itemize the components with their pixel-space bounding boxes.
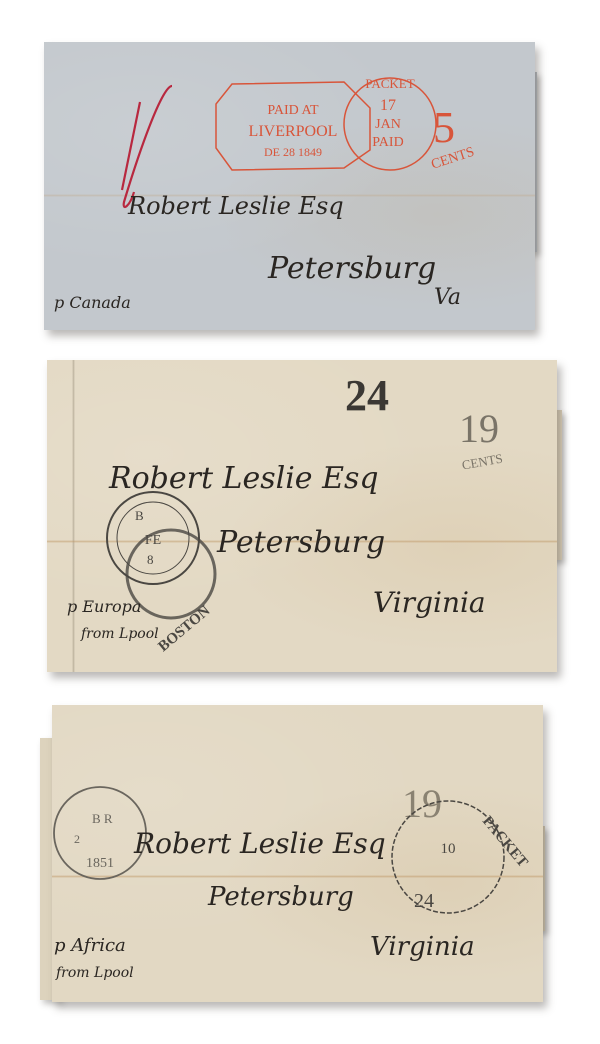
cover-1-markings: PAID AT LIVERPOOL DE 28 1849 PACKET 17 J… — [44, 42, 535, 330]
svg-text:Robert Leslie Esq: Robert Leslie Esq — [127, 192, 344, 220]
svg-text:2: 2 — [74, 832, 80, 846]
cover-2-markings: 24 19 CENTS B FE 8 BOSTON Robert Leslie … — [47, 360, 557, 672]
svg-text:PAID: PAID — [372, 135, 403, 150]
svg-text:Petersburg: Petersburg — [207, 882, 354, 912]
manuscript-rate-mark — [122, 86, 172, 207]
svg-text:19: 19 — [459, 406, 499, 451]
svg-text:8: 8 — [147, 552, 154, 567]
svg-text:Petersburg: Petersburg — [216, 525, 385, 560]
svg-text:B: B — [135, 508, 144, 523]
svg-text:17: 17 — [380, 97, 396, 114]
svg-text:p Africa: p Africa — [54, 935, 126, 956]
svg-text:JAN: JAN — [375, 117, 401, 132]
svg-text:24: 24 — [345, 371, 389, 420]
svg-text:DE 28 1849: DE 28 1849 — [264, 145, 322, 159]
svg-text:PACKET: PACKET — [479, 813, 531, 870]
svg-text:5: 5 — [433, 103, 455, 152]
svg-text:Virginia: Virginia — [373, 586, 486, 619]
svg-text:Va: Va — [434, 285, 461, 310]
cover-3-markings: B R 2 1851 19 PACKET 10 24 Robert Leslie… — [52, 705, 543, 1002]
svg-text:10: 10 — [441, 841, 456, 857]
svg-text:p Europa: p Europa — [67, 597, 141, 616]
svg-text:Robert Leslie Esq: Robert Leslie Esq — [133, 827, 386, 860]
svg-text:LIVERPOOL: LIVERPOOL — [249, 123, 338, 140]
svg-text:PAID AT: PAID AT — [267, 103, 319, 118]
svg-text:p Canada: p Canada — [54, 293, 131, 312]
svg-text:24: 24 — [414, 890, 434, 912]
svg-text:1851: 1851 — [86, 856, 114, 871]
cover-3: B R 2 1851 19 PACKET 10 24 Robert Leslie… — [52, 705, 543, 1002]
cover-2: 24 19 CENTS B FE 8 BOSTON Robert Leslie … — [47, 360, 557, 672]
cover-1: PAID AT LIVERPOOL DE 28 1849 PACKET 17 J… — [44, 42, 535, 330]
svg-text:from Lpool: from Lpool — [80, 626, 159, 642]
svg-text:CENTS: CENTS — [461, 451, 504, 473]
svg-text:Robert Leslie Esq: Robert Leslie Esq — [108, 461, 379, 496]
svg-text:Virginia: Virginia — [370, 932, 475, 962]
svg-text:19: 19 — [402, 781, 442, 826]
svg-text:B R: B R — [92, 811, 113, 826]
svg-text:Petersburg: Petersburg — [267, 251, 436, 286]
svg-text:PACKET: PACKET — [365, 76, 414, 91]
svg-text:from Lpool: from Lpool — [55, 965, 134, 981]
svg-text:BOSTON: BOSTON — [155, 603, 213, 655]
svg-text:FE: FE — [145, 533, 161, 548]
